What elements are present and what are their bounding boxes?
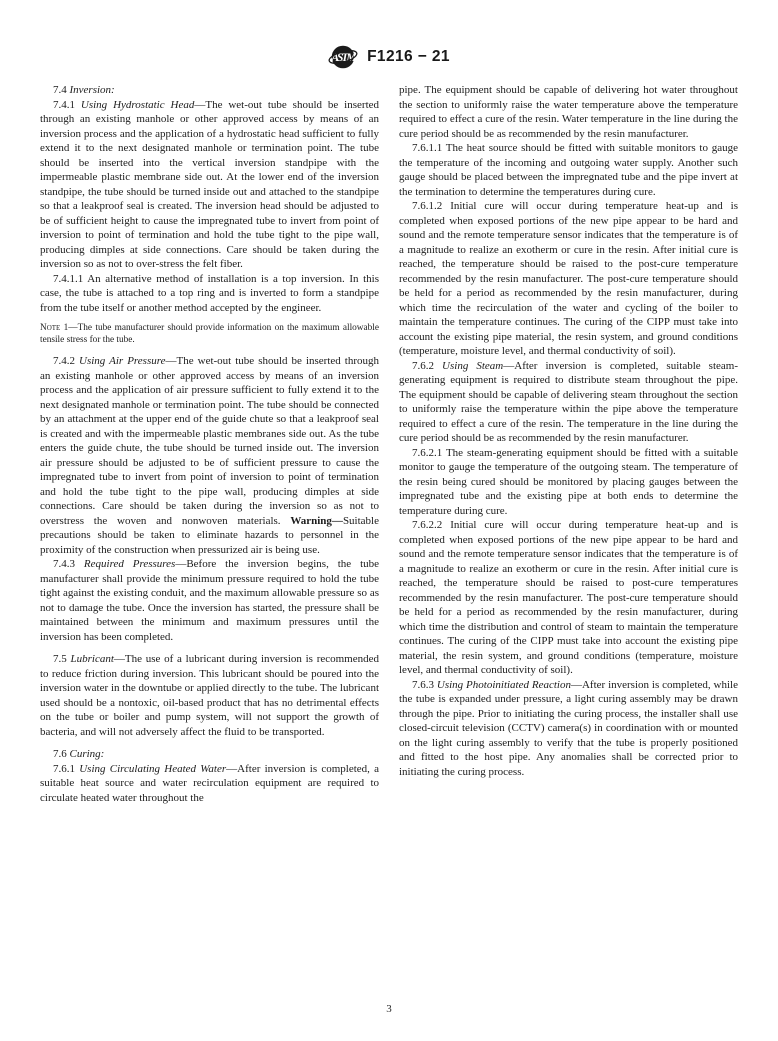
clause-title: Using Air Pressure [79,355,165,367]
clause-number: 7.5 [53,653,71,665]
page-footer: 3 [0,1003,778,1015]
clause-title: Curing: [70,748,105,760]
clause-7-4-3: 7.4.3 Required Pressures—Before the inve… [40,557,379,644]
clause-title: Required Pressures [84,558,175,570]
clause-number: 7.4.1 [53,99,81,111]
clause-title: Inversion: [70,84,115,96]
clause-7-6: 7.6 Curing: [40,747,379,762]
clause-title: Using Circulating Heated Water [79,763,226,775]
note-label: Note 1 [40,323,68,333]
note-text: —The tube manufacturer should provide in… [40,323,379,345]
clause-number: 7.6.3 [412,679,437,691]
clause-number: 7.4.2 [53,355,79,367]
clause-7-4-2: 7.4.2 Using Air Pressure—The wet-out tub… [40,354,379,557]
clause-title: Lubricant [71,653,114,665]
clause-7-6-2-1: 7.6.2.1 The steam-generating equipment s… [399,446,738,519]
page-header: ASTM F1216 − 21 [0,0,778,74]
clause-title: Using Steam [442,360,503,372]
clause-title: Using Photoinitiated Reaction [437,679,571,691]
right-column: pipe. The equipment should be capable of… [399,83,738,805]
clause-7-5: 7.5 Lubricant—The use of a lubricant dur… [40,652,379,739]
two-column-body: 7.4 Inversion: 7.4.1 Using Hydrostatic H… [40,83,738,805]
clause-7-6-1-continued: pipe. The equipment should be capable of… [399,83,738,141]
left-column: 7.4 Inversion: 7.4.1 Using Hydrostatic H… [40,83,379,805]
clause-text: 7.6.1.2 Initial cure will occur during t… [399,200,738,357]
clause-text: 7.6.1.1 The heat source should be fitted… [399,142,738,198]
document-page: ASTM F1216 − 21 7.4 Inversion: 7.4.1 Usi… [0,0,778,1041]
page-number: 3 [386,1003,392,1015]
standard-designation: F1216 − 21 [367,48,450,66]
clause-text: 7.6.2.1 The steam-generating equipment s… [399,447,738,517]
clause-text: —After inversion is completed, suitable … [399,360,738,445]
clause-number: 7.6.1 [53,763,79,775]
clause-7-6-1-1: 7.6.1.1 The heat source should be fitted… [399,141,738,199]
clause-7-4-1-1: 7.4.1.1 An alternative method of install… [40,272,379,316]
warning-label: Warning— [290,515,343,527]
clause-text: —The wet-out tube should be inserted thr… [40,355,379,527]
clause-number: 7.6.2 [412,360,442,372]
clause-text: —The wet-out tube should be inserted thr… [40,99,379,271]
clause-text: pipe. The equipment should be capable of… [399,84,738,140]
clause-7-6-2-2: 7.6.2.2 Initial cure will occur during t… [399,518,738,678]
clause-text: 7.6.2.2 Initial cure will occur during t… [399,519,738,676]
clause-number: 7.4.3 [53,558,84,570]
clause-text: —After inversion is completed, while the… [399,679,738,778]
clause-7-4: 7.4 Inversion: [40,83,379,98]
clause-text: —Before the inversion begins, the tube m… [40,558,379,643]
clause-number: 7.6 [53,748,70,760]
clause-7-4-1: 7.4.1 Using Hydrostatic Head—The wet-out… [40,98,379,272]
clause-title: Using Hydrostatic Head [81,99,194,111]
clause-7-6-1-2: 7.6.1.2 Initial cure will occur during t… [399,199,738,359]
clause-text: —The use of a lubricant during inversion… [40,653,379,738]
clause-text: 7.4.1.1 An alternative method of install… [40,273,379,314]
astm-logo-icon: ASTM [328,42,358,72]
clause-7-6-3: 7.6.3 Using Photoinitiated Reaction—Afte… [399,678,738,780]
clause-number: 7.4 [53,84,70,96]
note-1: Note 1—The tube manufacturer should prov… [40,322,379,346]
clause-7-6-1: 7.6.1 Using Circulating Heated Water—Aft… [40,762,379,806]
clause-7-6-2: 7.6.2 Using Steam—After inversion is com… [399,359,738,446]
